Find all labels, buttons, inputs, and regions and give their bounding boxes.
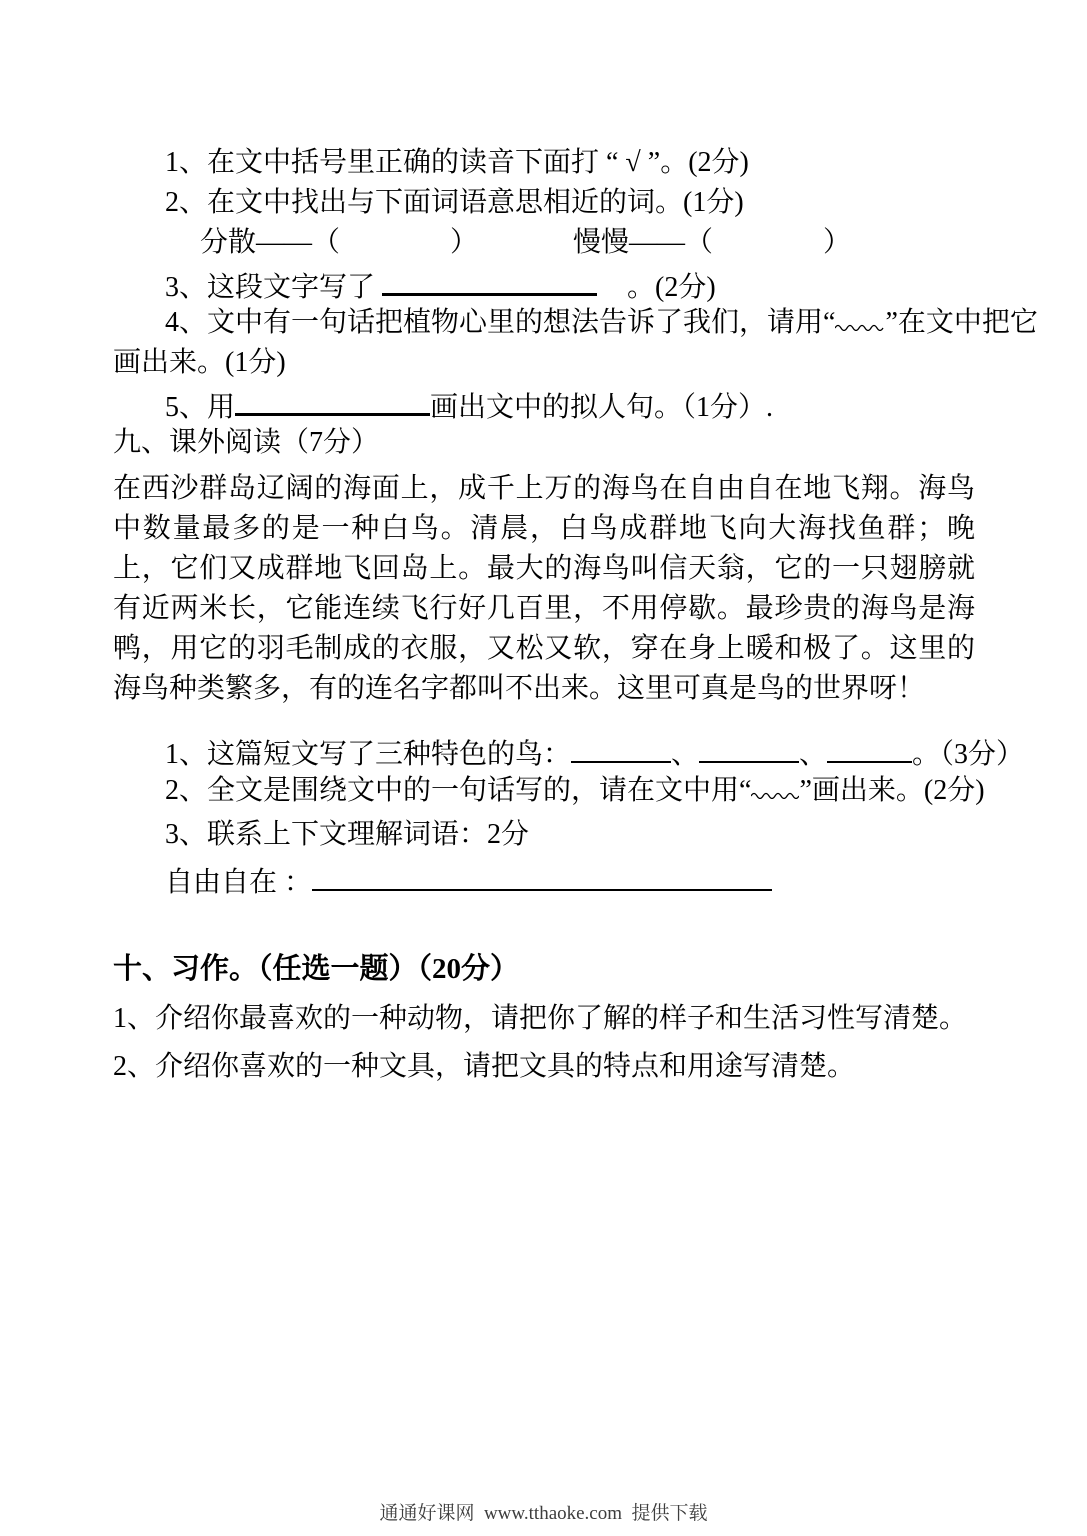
topic-text: 2、介绍你喜欢的一种文具，请把文具的特点和用途写清楚。 bbox=[113, 1051, 855, 1082]
question-9-2: 2、全文是围绕文中的一句话写的，请在文中用“”画出来。(2分) bbox=[113, 771, 975, 811]
question-text: 5、用 bbox=[165, 392, 235, 423]
question-text: 画出文中的拟人句。（1分）. bbox=[430, 392, 773, 423]
question-8-4-line2: 画出来。(1分) bbox=[113, 343, 975, 383]
question-8-3: 3、这段文字写了 。(2分) bbox=[113, 263, 975, 303]
question-text: ”画出来。(2分) bbox=[799, 775, 984, 806]
question-8-1: 1、在文中括号里正确的读音下面打 “ √ ”。(2分) bbox=[113, 143, 975, 183]
question-text: 1、在文中括号里正确的读音下面打 “ √ ”。(2分) bbox=[165, 147, 749, 178]
question-9-1: 1、这篇短文写了三种特色的鸟：、、。（3分） bbox=[113, 731, 975, 771]
answer-space bbox=[340, 241, 450, 251]
gap-space bbox=[478, 241, 573, 251]
section-10-title: 十、习作。（任选一题）（20分） bbox=[113, 949, 975, 989]
close-paren: ） bbox=[450, 227, 478, 258]
blank-underline bbox=[235, 383, 430, 416]
blank-underline bbox=[571, 731, 671, 763]
blank-underline bbox=[382, 263, 597, 296]
writing-topic-1: 1、介绍你最喜欢的一种动物，请把你了解的样子和生活习性写清楚。 bbox=[113, 999, 975, 1039]
question-text: 2、在文中找出与下面词语意思相近的词。(1分) bbox=[165, 187, 744, 218]
answer-space bbox=[713, 241, 823, 251]
question-8-4-line1: 4、文中有一句话把植物心里的想法告诉了我们，请用“”在文中把它 bbox=[113, 303, 975, 343]
word-to-explain: 自由自在 ： bbox=[165, 867, 312, 898]
question-9-3-word: 自由自在 ： bbox=[113, 859, 975, 899]
separator: 、 bbox=[671, 739, 699, 770]
question-text: 2、全文是围绕文中的一句话写的，请在文中用“ bbox=[165, 775, 751, 806]
synonym-word-1: 分散——（ bbox=[200, 227, 340, 258]
wavy-underline bbox=[751, 771, 799, 811]
blank-underline bbox=[827, 731, 912, 763]
wavy-underline bbox=[835, 303, 885, 343]
writing-topic-2: 2、介绍你喜欢的一种文具，请把文具的特点和用途写清楚。 bbox=[113, 1047, 975, 1087]
blank-underline bbox=[699, 731, 799, 763]
separator: 、 bbox=[799, 739, 827, 770]
exam-paper-page: 1、在文中括号里正确的读音下面打 “ √ ”。(2分) 2、在文中找出与下面词语… bbox=[0, 0, 1087, 1536]
footer-credit: 通通好课网 www.tthaoke.com 提供下载 bbox=[0, 1498, 1087, 1525]
page-content: 1、在文中括号里正确的读音下面打 “ √ ”。(2分) 2、在文中找出与下面词语… bbox=[113, 143, 975, 1087]
question-text: 3、这段文字写了 bbox=[165, 272, 375, 303]
question-text: 3、联系上下文理解词语：2分 bbox=[165, 819, 529, 850]
question-text: 1、这篇短文写了三种特色的鸟： bbox=[165, 739, 571, 770]
question-8-2-blanks: 分散——（）慢慢——（） bbox=[113, 223, 975, 263]
question-9-3: 3、联系上下文理解词语：2分 bbox=[113, 815, 975, 855]
reading-passage: 在西沙群岛辽阔的海面上，成千上万的海鸟在自由自在地飞翔。海鸟中数量最多的是一种白… bbox=[113, 469, 975, 709]
question-text: 4、文中有一句话把植物心里的想法告诉了我们，请用“ bbox=[165, 307, 835, 338]
close-paren: ） bbox=[823, 227, 851, 258]
blank-underline bbox=[312, 859, 772, 891]
question-text: ”在文中把它 bbox=[885, 307, 1037, 338]
question-8-5: 5、用画出文中的拟人句。（1分）. bbox=[113, 383, 975, 423]
question-text: 。（3分） bbox=[912, 739, 1024, 770]
synonym-word-2: 慢慢——（ bbox=[573, 227, 713, 258]
section-title-text: 十、习作。（任选一题）（20分） bbox=[113, 953, 519, 985]
section-9-title: 九、课外阅读（7分） bbox=[113, 423, 975, 463]
topic-text: 1、介绍你最喜欢的一种动物，请把你了解的样子和生活习性写清楚。 bbox=[113, 1003, 967, 1034]
section-title-text: 九、课外阅读（7分） bbox=[113, 427, 379, 458]
question-8-2: 2、在文中找出与下面词语意思相近的词。(1分) bbox=[113, 183, 975, 223]
question-text: 。(2分) bbox=[627, 272, 716, 303]
question-text: 画出来。(1分) bbox=[113, 347, 286, 378]
